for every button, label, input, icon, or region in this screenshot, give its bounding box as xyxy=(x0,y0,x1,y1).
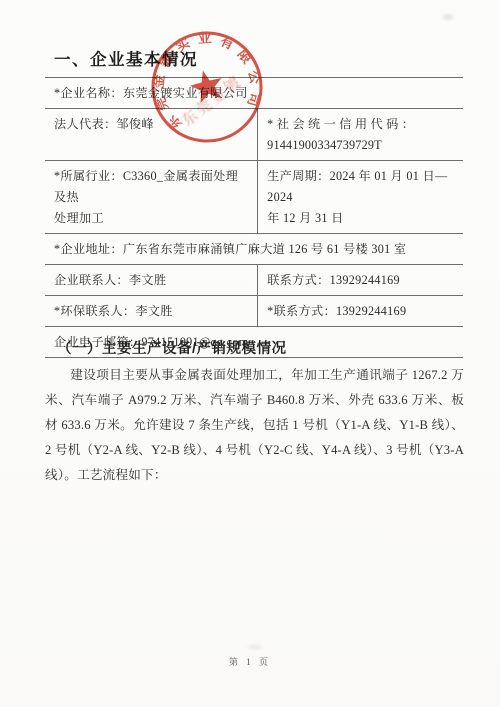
scan-artifact xyxy=(248,645,262,649)
table-row: *所属行业：C3360_金属表面处理及热 处理加工 生产周期：2024 年 01… xyxy=(45,160,463,233)
cell-production-period: 生产周期：2024 年 01 月 01 日—2024 年 12 月 31 日 xyxy=(258,161,463,233)
table-row: *企业地址：广东省东莞市麻涌镇广麻大道 126 号 61 号楼 301 室 xyxy=(45,233,463,264)
table-row: 企业联系人：李文胜 联系方式：13929244169 xyxy=(45,264,463,295)
table-row: *环保联系人：李文胜 *联系方式：13929244169 xyxy=(45,295,463,326)
section-title: （一）主要生产设备/产销规模情况 xyxy=(57,337,287,358)
document-title: 一、企业基本情况 xyxy=(54,46,198,70)
body-paragraph: 建设项目主要从事金属表面处理加工，年加工生产通讯端子 1267.2 万米、汽车端… xyxy=(45,363,464,488)
cell-company-address: *企业地址：广东省东莞市麻涌镇广麻大道 126 号 61 号楼 301 室 xyxy=(45,234,463,264)
cell-company-contact: 企业联系人：李文胜 xyxy=(45,265,258,295)
table-row: *企业名称：东莞金镀实业有限公司 xyxy=(45,77,463,108)
cell-environmental-phone: *联系方式：13929244169 xyxy=(258,296,463,326)
cell-legal-representative: 法人代表：邹俊峰 xyxy=(45,109,258,160)
table-row: 法人代表：邹俊峰 * 社 会 统 一 信 用 代 码 ： 91441900334… xyxy=(45,108,463,160)
cell-company-name: *企业名称：东莞金镀实业有限公司 xyxy=(45,78,463,108)
page-number: 第 1 页 xyxy=(0,655,500,668)
cell-credit-code: * 社 会 统 一 信 用 代 码 ： 91441900334739729T xyxy=(258,109,463,160)
cell-contact-phone: 联系方式：13929244169 xyxy=(258,265,463,295)
enterprise-info-table: *企业名称：东莞金镀实业有限公司 法人代表：邹俊峰 * 社 会 统 一 信 用 … xyxy=(45,77,463,358)
cell-environmental-contact: *环保联系人：李文胜 xyxy=(45,296,258,326)
scan-artifact xyxy=(443,14,453,20)
cell-industry: *所属行业：C3360_金属表面处理及热 处理加工 xyxy=(45,161,258,233)
scanned-document-page: 一、企业基本情况 *企业名称：东莞金镀实业有限公司 法人代表：邹俊峰 * 社 会… xyxy=(0,0,500,707)
